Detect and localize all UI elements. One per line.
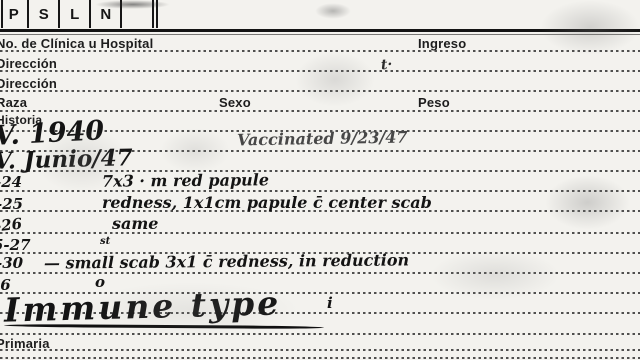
strip-cell-l: L <box>64 6 86 23</box>
field-label-sexo: Sexo <box>219 95 251 110</box>
field-label-clinic-no: No. de Clínica u Hospital <box>0 36 153 51</box>
handwritten-conclusion-mark: i <box>327 296 333 311</box>
field-label-ingreso: Ingreso <box>418 36 466 51</box>
handwritten-conclusion: Immune type <box>4 286 282 326</box>
log-date: -30 <box>0 256 23 271</box>
field-label-raza: Raza <box>0 95 27 110</box>
scan-noise <box>295 52 375 107</box>
strip-divider <box>156 0 158 28</box>
log-sub-annotation: st <box>100 237 110 247</box>
strip-cell-n: N <box>95 6 117 23</box>
dotted-rule <box>0 232 640 234</box>
log-note: 7x3 · m red papule <box>102 172 269 189</box>
strip-divider <box>120 0 122 28</box>
strip-cell-s: S <box>33 6 55 23</box>
log-date: -25 <box>0 197 23 212</box>
dotted-rule <box>0 190 640 192</box>
handwritten-vaccinated-note: Vaccinated 9/23/47 <box>237 130 408 149</box>
strip-divider <box>27 0 29 28</box>
dotted-rule <box>0 349 640 351</box>
scan-noise <box>545 175 630 230</box>
dotted-rule <box>0 70 640 72</box>
handwritten-mark-direccion: t· <box>381 58 393 73</box>
dotted-rule <box>0 333 640 335</box>
field-label-direccion-1: Dirección <box>0 56 57 71</box>
field-label-peso: Peso <box>418 95 450 110</box>
heavy-rule-shadow <box>0 34 640 35</box>
dotted-rule <box>0 110 640 112</box>
scan-noise <box>315 3 351 19</box>
log-date: -26 <box>0 217 23 235</box>
strip-divider <box>58 0 60 28</box>
strip-cell-p: P <box>3 6 25 23</box>
dotted-rule <box>0 357 640 359</box>
dotted-rule <box>0 90 640 92</box>
strip-divider <box>89 0 91 28</box>
log-date: 5-27 <box>0 238 31 253</box>
log-note: redness, 1x1cm papule c̄ center scab <box>102 195 432 211</box>
log-date: -24 <box>0 175 22 190</box>
field-label-primaria: Primaria <box>0 336 50 351</box>
scan-noise <box>540 0 640 55</box>
handwritten-vaccination-month: V. Junio/47 <box>0 146 133 173</box>
log-note: same <box>112 216 158 232</box>
heavy-rule <box>0 29 640 32</box>
scanned-record-card: P S L N No. de Clínica u Hospital Ingres… <box>0 0 640 360</box>
field-label-direccion-2: Dirección <box>0 76 57 91</box>
strip-divider <box>152 0 154 28</box>
log-note: — small scab 3x1 c̄ redness, in reductio… <box>44 252 409 271</box>
